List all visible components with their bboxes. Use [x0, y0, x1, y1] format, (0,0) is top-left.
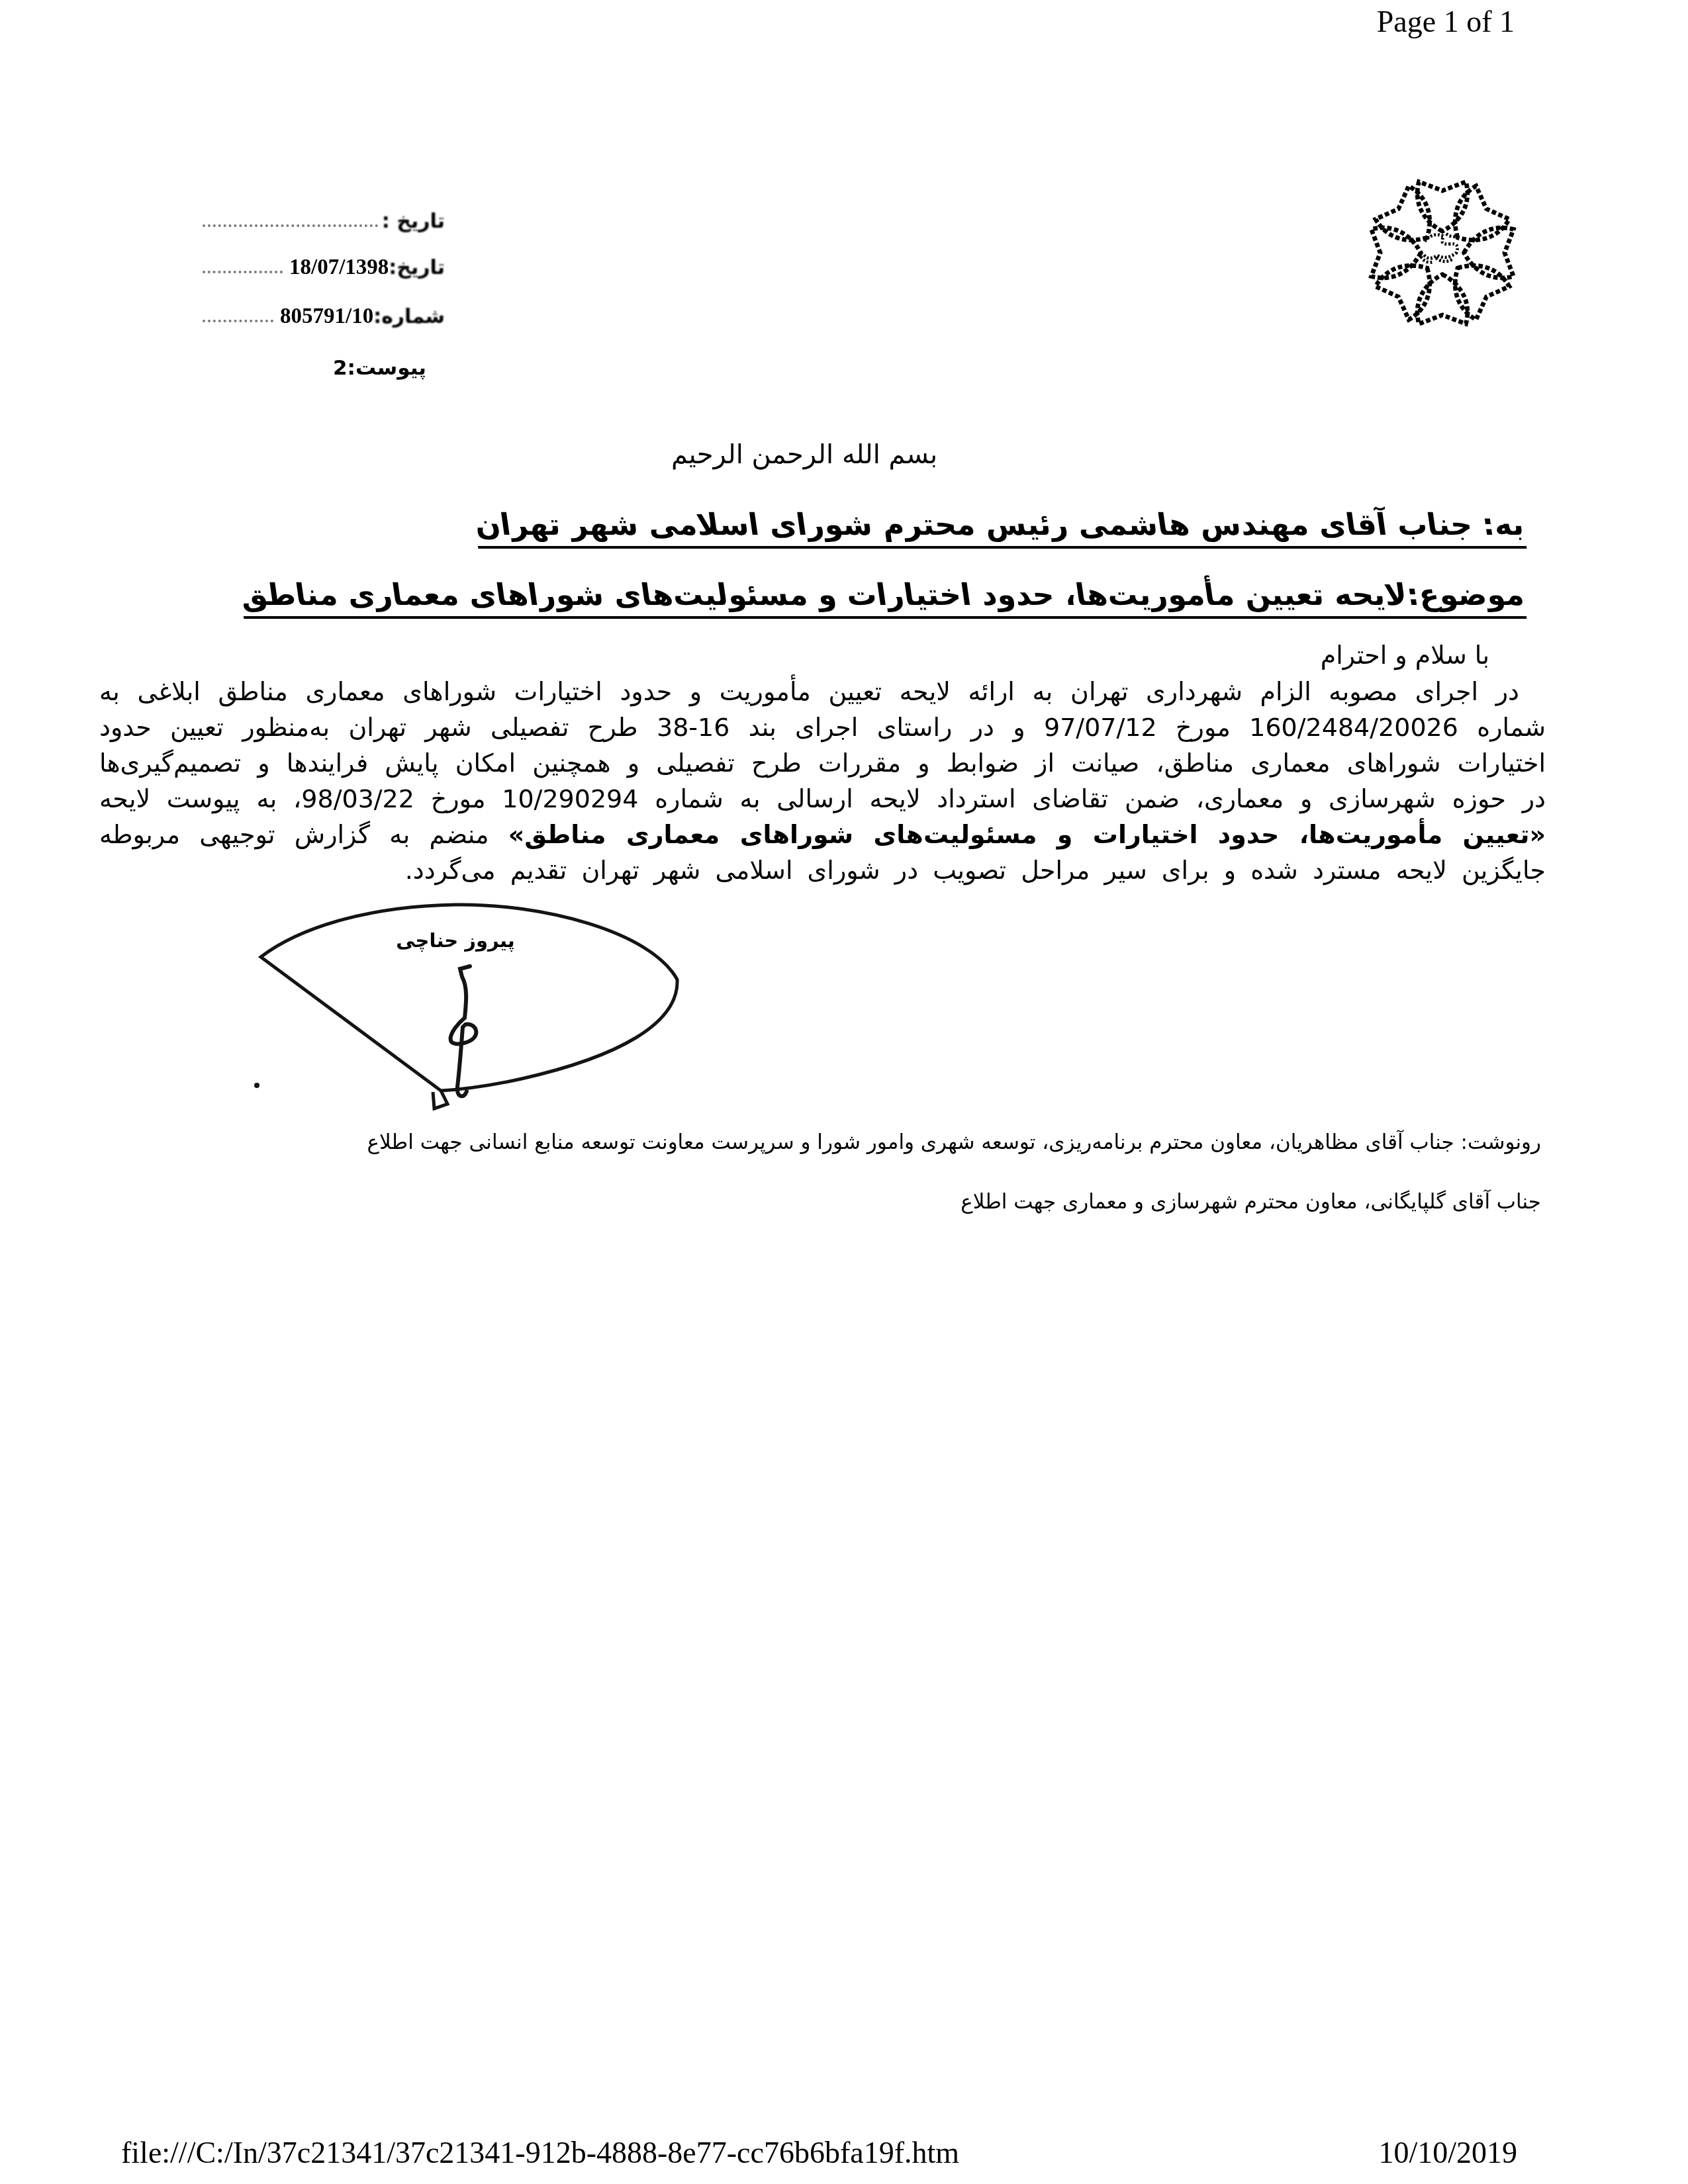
- letterhead-row-number: شماره: 805791/10: [199, 299, 445, 334]
- letterhead-row-date-blank: تاریخ :: [199, 204, 445, 238]
- signature-block: پیروز حناچی: [237, 888, 694, 1116]
- cc-line-2: جناب آقای گلپایگانی، معاون محترم شهرسازی…: [961, 1190, 1541, 1214]
- dotted-leader-line: [203, 261, 283, 273]
- print-page-info: Page 1 of 1: [1377, 4, 1515, 39]
- letterhead-attachment-value: 2: [333, 356, 348, 380]
- subject-line: موضوع:لایحه تعیین مأموریت‌ها، حدود اختیا…: [241, 577, 1524, 619]
- bismillah-line: بسم الله الرحمن الرحیم: [0, 439, 1609, 470]
- letterhead-number-value: 805791/10: [280, 304, 373, 329]
- paragraph-bold-title: «تعیین مأموریت‌ها، حدود اختیارات و مسئول…: [508, 820, 1546, 849]
- to-line-text: به: جناب آقای مهندس هاشمی رئیس محترم شور…: [473, 507, 1527, 549]
- subject-line-text: موضوع:لایحه تعیین مأموریت‌ها، حدود اختیا…: [238, 577, 1526, 619]
- signature-stroke-icon: [237, 888, 694, 1113]
- letterhead-row-attachment: پیوست:2: [199, 356, 445, 380]
- footer-date: 10/10/2019: [1378, 2135, 1517, 2170]
- paragraph-text: در اجرای مصوبه الزام شهرداری تهران به ار…: [99, 677, 1546, 813]
- dotted-leader-line: [203, 215, 378, 227]
- signature-name: پیروز حناچی: [389, 929, 522, 952]
- salutation: با سلام و احترام: [1321, 641, 1489, 670]
- letterhead-date-label: تاریخ:: [389, 256, 445, 279]
- letterhead-number-label: شماره:: [373, 305, 445, 328]
- document-page: Page 1 of 1 تاریخ : تاریخ: 18/07/1398 شم…: [0, 0, 1688, 2184]
- dotted-leader-line: [203, 310, 273, 322]
- letterhead-date-blank-label: تاریخ :: [382, 210, 445, 233]
- cc-line-1: رونوشت: جناب آقای مظاهریان، معاون محترم …: [367, 1130, 1541, 1154]
- letterhead-row-date: تاریخ: 18/07/1398: [199, 250, 445, 285]
- letterhead-date-value: 18/07/1398: [289, 255, 389, 280]
- body-paragraph: در اجرای مصوبه الزام شهرداری تهران به ار…: [99, 674, 1546, 888]
- letterhead-attachment-label: پیوست:: [348, 356, 426, 380]
- footer-file-url: file:///C:/In/37c21341/37c21341-912b-488…: [121, 2135, 959, 2170]
- to-line: به: جناب آقای مهندس هاشمی رئیس محترم شور…: [475, 507, 1524, 549]
- tehran-municipality-emblem-icon: [1346, 161, 1539, 345]
